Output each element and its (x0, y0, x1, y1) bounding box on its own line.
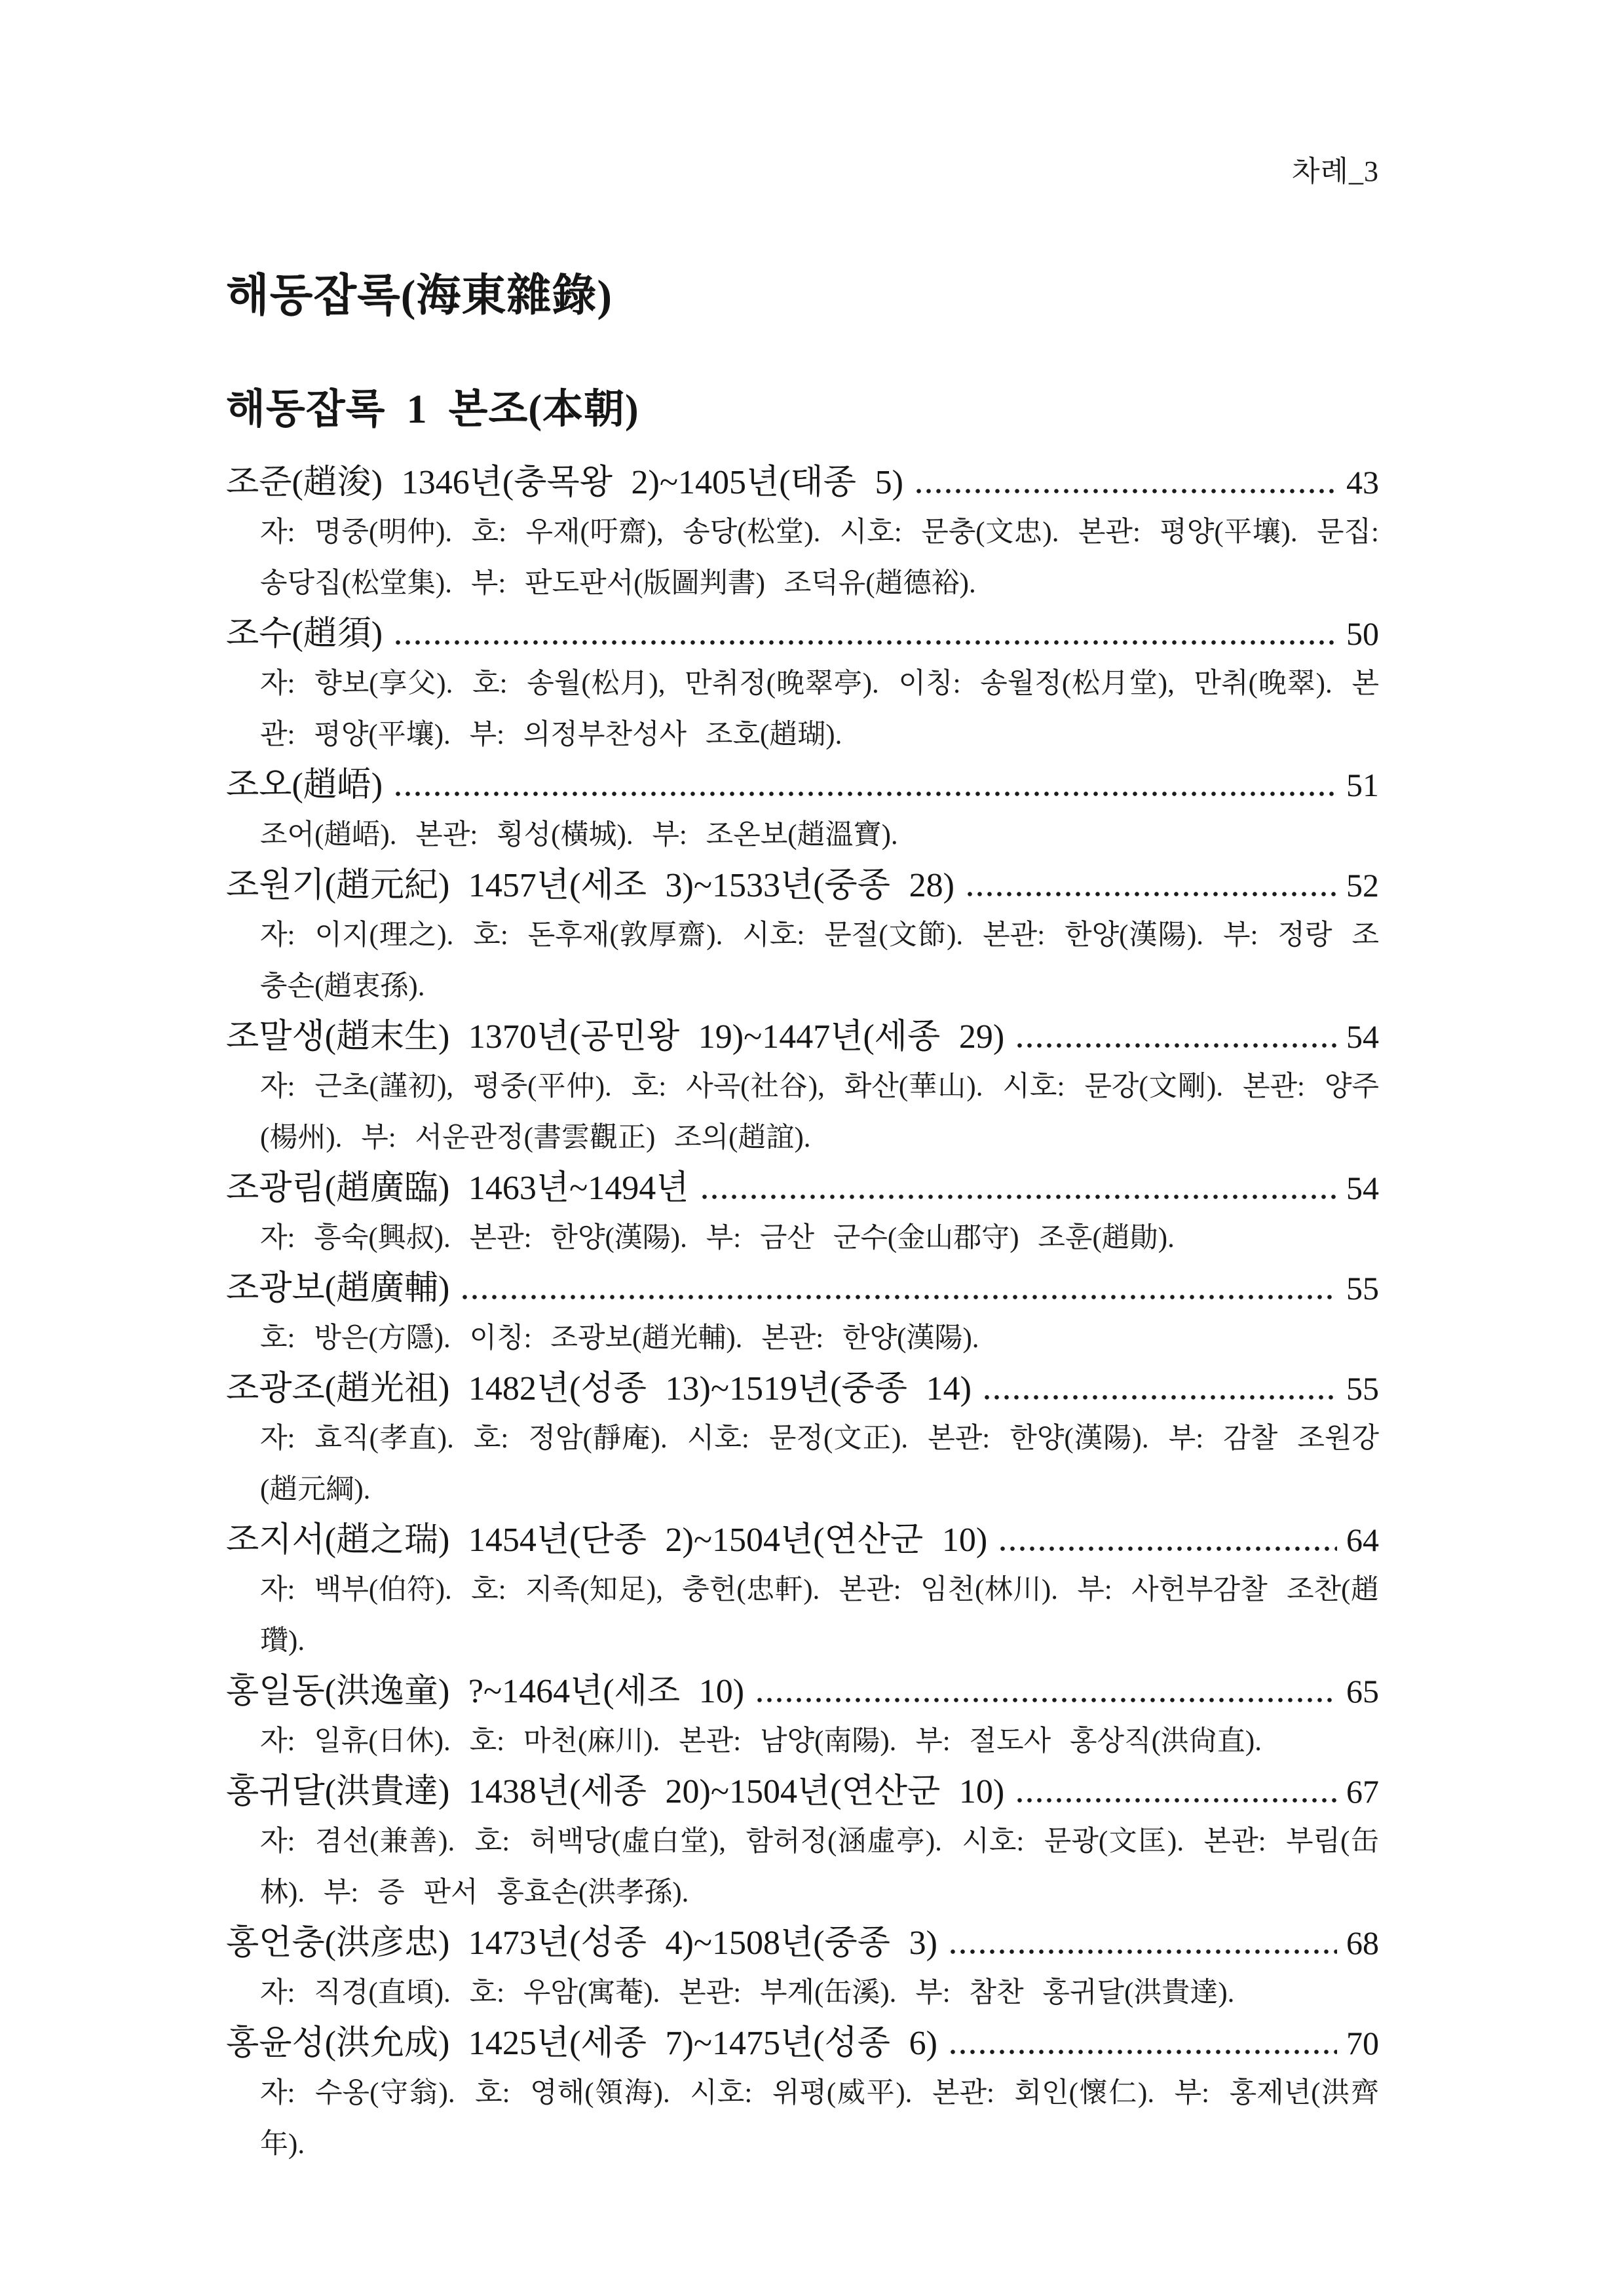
toc-entry-title-row: 조수(趙須) 50 (226, 609, 1379, 659)
toc-page-number: 64 (1346, 1516, 1379, 1565)
toc-entry: 조오(趙峿) 51 조어(趙峿). 본관: 횡성(橫城). 부: 조온보(趙溫寶… (226, 761, 1379, 861)
toc-entry-title-row: 홍언충(洪彦忠) 1473년(성종 4)~1508년(중종 3) 68 (226, 1919, 1379, 1968)
toc-entry-detail: 자: 수옹(守翁). 호: 영해(領海). 시호: 위평(威平). 본관: 회인… (260, 2068, 1379, 2170)
dot-leader (396, 640, 1337, 645)
toc-entry-title: 홍언충(洪彦忠) 1473년(성종 4)~1508년(중종 3) (226, 1919, 937, 1968)
toc-page-number: 54 (1346, 1012, 1379, 1062)
toc-entry-detail: 자: 이지(理之). 호: 돈후재(敦厚齋). 시호: 문절(文節). 본관: … (260, 910, 1379, 1012)
dot-leader (916, 489, 1337, 493)
toc-entry: 조광조(趙光祖) 1482년(성종 13)~1519년(중종 14) 55 자:… (226, 1364, 1379, 1516)
toc-page: 차례_3 해동잡록(海東雜錄) 해동잡록 1 본조(本朝) 조준(趙浚) 134… (0, 0, 1624, 2170)
toc-page-number: 50 (1346, 609, 1379, 659)
dot-leader (463, 1295, 1337, 1299)
table-of-contents: 조준(趙浚) 1346년(충목왕 2)~1405년(태종 5) 43 자: 명중… (226, 458, 1379, 2170)
toc-entry-detail: 자: 일휴(日休). 호: 마천(麻川). 본관: 남양(南陽). 부: 절도사… (260, 1716, 1379, 1767)
toc-page-number: 55 (1346, 1364, 1379, 1413)
toc-entry: 홍윤성(洪允成) 1425년(세종 7)~1475년(성종 6) 70 자: 수… (226, 2019, 1379, 2170)
toc-page-number: 51 (1346, 761, 1379, 810)
toc-entry-title-row: 조원기(趙元紀) 1457년(세조 3)~1533년(중종 28) 52 (226, 861, 1379, 910)
toc-entry: 홍언충(洪彦忠) 1473년(성종 4)~1508년(중종 3) 68 자: 직… (226, 1919, 1379, 2019)
toc-page-number: 43 (1346, 458, 1379, 507)
toc-page-number: 68 (1346, 1919, 1379, 1968)
toc-entry-detail: 자: 겸선(兼善). 호: 허백당(虛白堂), 함허정(涵虛亭). 시호: 문광… (260, 1816, 1379, 1919)
toc-entry-title-row: 조준(趙浚) 1346년(충목왕 2)~1405년(태종 5) 43 (226, 458, 1379, 507)
toc-page-number: 67 (1346, 1767, 1379, 1816)
book-title: 해동잡록(海東雜錄) (226, 271, 1379, 320)
toc-entry-title-row: 홍일동(洪逸童) ?~1464년(세조 10) 65 (226, 1667, 1379, 1716)
toc-entry-title-row: 홍윤성(洪允成) 1425년(세종 7)~1475년(성종 6) 70 (226, 2019, 1379, 2068)
toc-entry-title: 조말생(趙末生) 1370년(공민왕 19)~1447년(세종 29) (226, 1012, 1004, 1062)
toc-entry-title: 조오(趙峿) (226, 761, 383, 810)
dot-leader (951, 1949, 1337, 1954)
toc-entry-title: 조광림(趙廣臨) 1463년~1494년 (226, 1164, 689, 1213)
dot-leader (951, 2050, 1337, 2054)
toc-entry-title-row: 조광조(趙光祖) 1482년(성종 13)~1519년(중종 14) 55 (226, 1364, 1379, 1413)
toc-entry-title: 홍윤성(洪允成) 1425년(세종 7)~1475년(성종 6) (226, 2019, 937, 2068)
toc-page-number: 54 (1346, 1164, 1379, 1213)
dot-leader (396, 792, 1337, 796)
toc-entry-title-row: 조광보(趙廣輔) 55 (226, 1264, 1379, 1313)
toc-entry-detail: 조어(趙峿). 본관: 횡성(橫城). 부: 조온보(趙溫寶). (260, 810, 1379, 861)
dot-leader (985, 1395, 1337, 1400)
toc-entry: 조광림(趙廣臨) 1463년~1494년 54 자: 흥숙(興叔). 본관: 한… (226, 1164, 1379, 1264)
toc-entry-title-row: 조지서(趙之瑞) 1454년(단종 2)~1504년(연산군 10) 64 (226, 1516, 1379, 1565)
toc-entry-detail: 자: 명중(明仲). 호: 우재(吁齋), 송당(松堂). 시호: 문충(文忠)… (260, 507, 1379, 609)
toc-entry-title: 조광보(趙廣輔) (226, 1264, 449, 1313)
toc-entry-detail: 자: 직경(直頃). 호: 우암(寓菴). 본관: 부계(缶溪). 부: 참찬 … (260, 1968, 1379, 2019)
toc-entry: 조지서(趙之瑞) 1454년(단종 2)~1504년(연산군 10) 64 자:… (226, 1516, 1379, 1667)
dot-leader (1017, 1798, 1337, 1803)
toc-entry: 조광보(趙廣輔) 55 호: 방은(方隱). 이칭: 조광보(趙光輔). 본관:… (226, 1264, 1379, 1364)
toc-entry: 조원기(趙元紀) 1457년(세조 3)~1533년(중종 28) 52 자: … (226, 861, 1379, 1012)
toc-entry-title: 조광조(趙光祖) 1482년(성종 13)~1519년(중종 14) (226, 1364, 972, 1413)
toc-entry-title: 조원기(趙元紀) 1457년(세조 3)~1533년(중종 28) (226, 861, 954, 910)
toc-entry-title: 홍일동(洪逸童) ?~1464년(세조 10) (226, 1667, 744, 1716)
toc-entry-detail: 자: 근초(謹初), 평중(平仲). 호: 사곡(社谷), 화산(華山). 시호… (260, 1062, 1379, 1164)
toc-entry-title-row: 홍귀달(洪貴達) 1438년(세종 20)~1504년(연산군 10) 67 (226, 1767, 1379, 1816)
toc-page-number: 65 (1346, 1667, 1379, 1716)
toc-entry: 조수(趙須) 50 자: 향보(享父). 호: 송월(松月), 만취정(晚翠亭)… (226, 609, 1379, 761)
toc-entry-title-row: 조오(趙峿) 51 (226, 761, 1379, 810)
toc-page-number: 70 (1346, 2019, 1379, 2068)
toc-page-number: 55 (1346, 1264, 1379, 1313)
toc-entry: 홍일동(洪逸童) ?~1464년(세조 10) 65 자: 일휴(日休). 호:… (226, 1667, 1379, 1767)
toc-entry-detail: 자: 효직(孝直). 호: 정암(靜庵). 시호: 문정(文正). 본관: 한양… (260, 1413, 1379, 1516)
dot-leader (1017, 1043, 1337, 1048)
toc-page-number: 52 (1346, 861, 1379, 910)
toc-entry: 홍귀달(洪貴達) 1438년(세종 20)~1504년(연산군 10) 67 자… (226, 1767, 1379, 1919)
toc-entry: 조말생(趙末生) 1370년(공민왕 19)~1447년(세종 29) 54 자… (226, 1012, 1379, 1164)
toc-entry-title: 조준(趙浚) 1346년(충목왕 2)~1405년(태종 5) (226, 458, 903, 507)
dot-leader (702, 1195, 1337, 1199)
toc-entry: 조준(趙浚) 1346년(충목왕 2)~1405년(태종 5) 43 자: 명중… (226, 458, 1379, 609)
toc-entry-title-row: 조말생(趙末生) 1370년(공민왕 19)~1447년(세종 29) 54 (226, 1012, 1379, 1062)
dot-leader (1000, 1546, 1337, 1551)
section-title: 해동잡록 1 본조(本朝) (226, 386, 1379, 433)
toc-entry-title: 조수(趙須) (226, 609, 383, 659)
dot-leader (968, 892, 1337, 896)
toc-entry-title-row: 조광림(趙廣臨) 1463년~1494년 54 (226, 1164, 1379, 1213)
dot-leader (757, 1698, 1337, 1702)
toc-entry-title: 조지서(趙之瑞) 1454년(단종 2)~1504년(연산군 10) (226, 1516, 987, 1565)
toc-entry-detail: 자: 향보(享父). 호: 송월(松月), 만취정(晚翠亭). 이칭: 송월정(… (260, 659, 1379, 761)
toc-entry-detail: 호: 방은(方隱). 이칭: 조광보(趙光輔). 본관: 한양(漢陽). (260, 1313, 1379, 1364)
toc-entry-title: 홍귀달(洪貴達) 1438년(세종 20)~1504년(연산군 10) (226, 1767, 1004, 1816)
running-head: 차례_3 (226, 155, 1379, 188)
toc-entry-detail: 자: 흥숙(興叔). 본관: 한양(漢陽). 부: 금산 군수(金山郡守) 조훈… (260, 1213, 1379, 1264)
toc-entry-detail: 자: 백부(伯符). 호: 지족(知足), 충헌(忠軒). 본관: 임천(林川)… (260, 1565, 1379, 1667)
